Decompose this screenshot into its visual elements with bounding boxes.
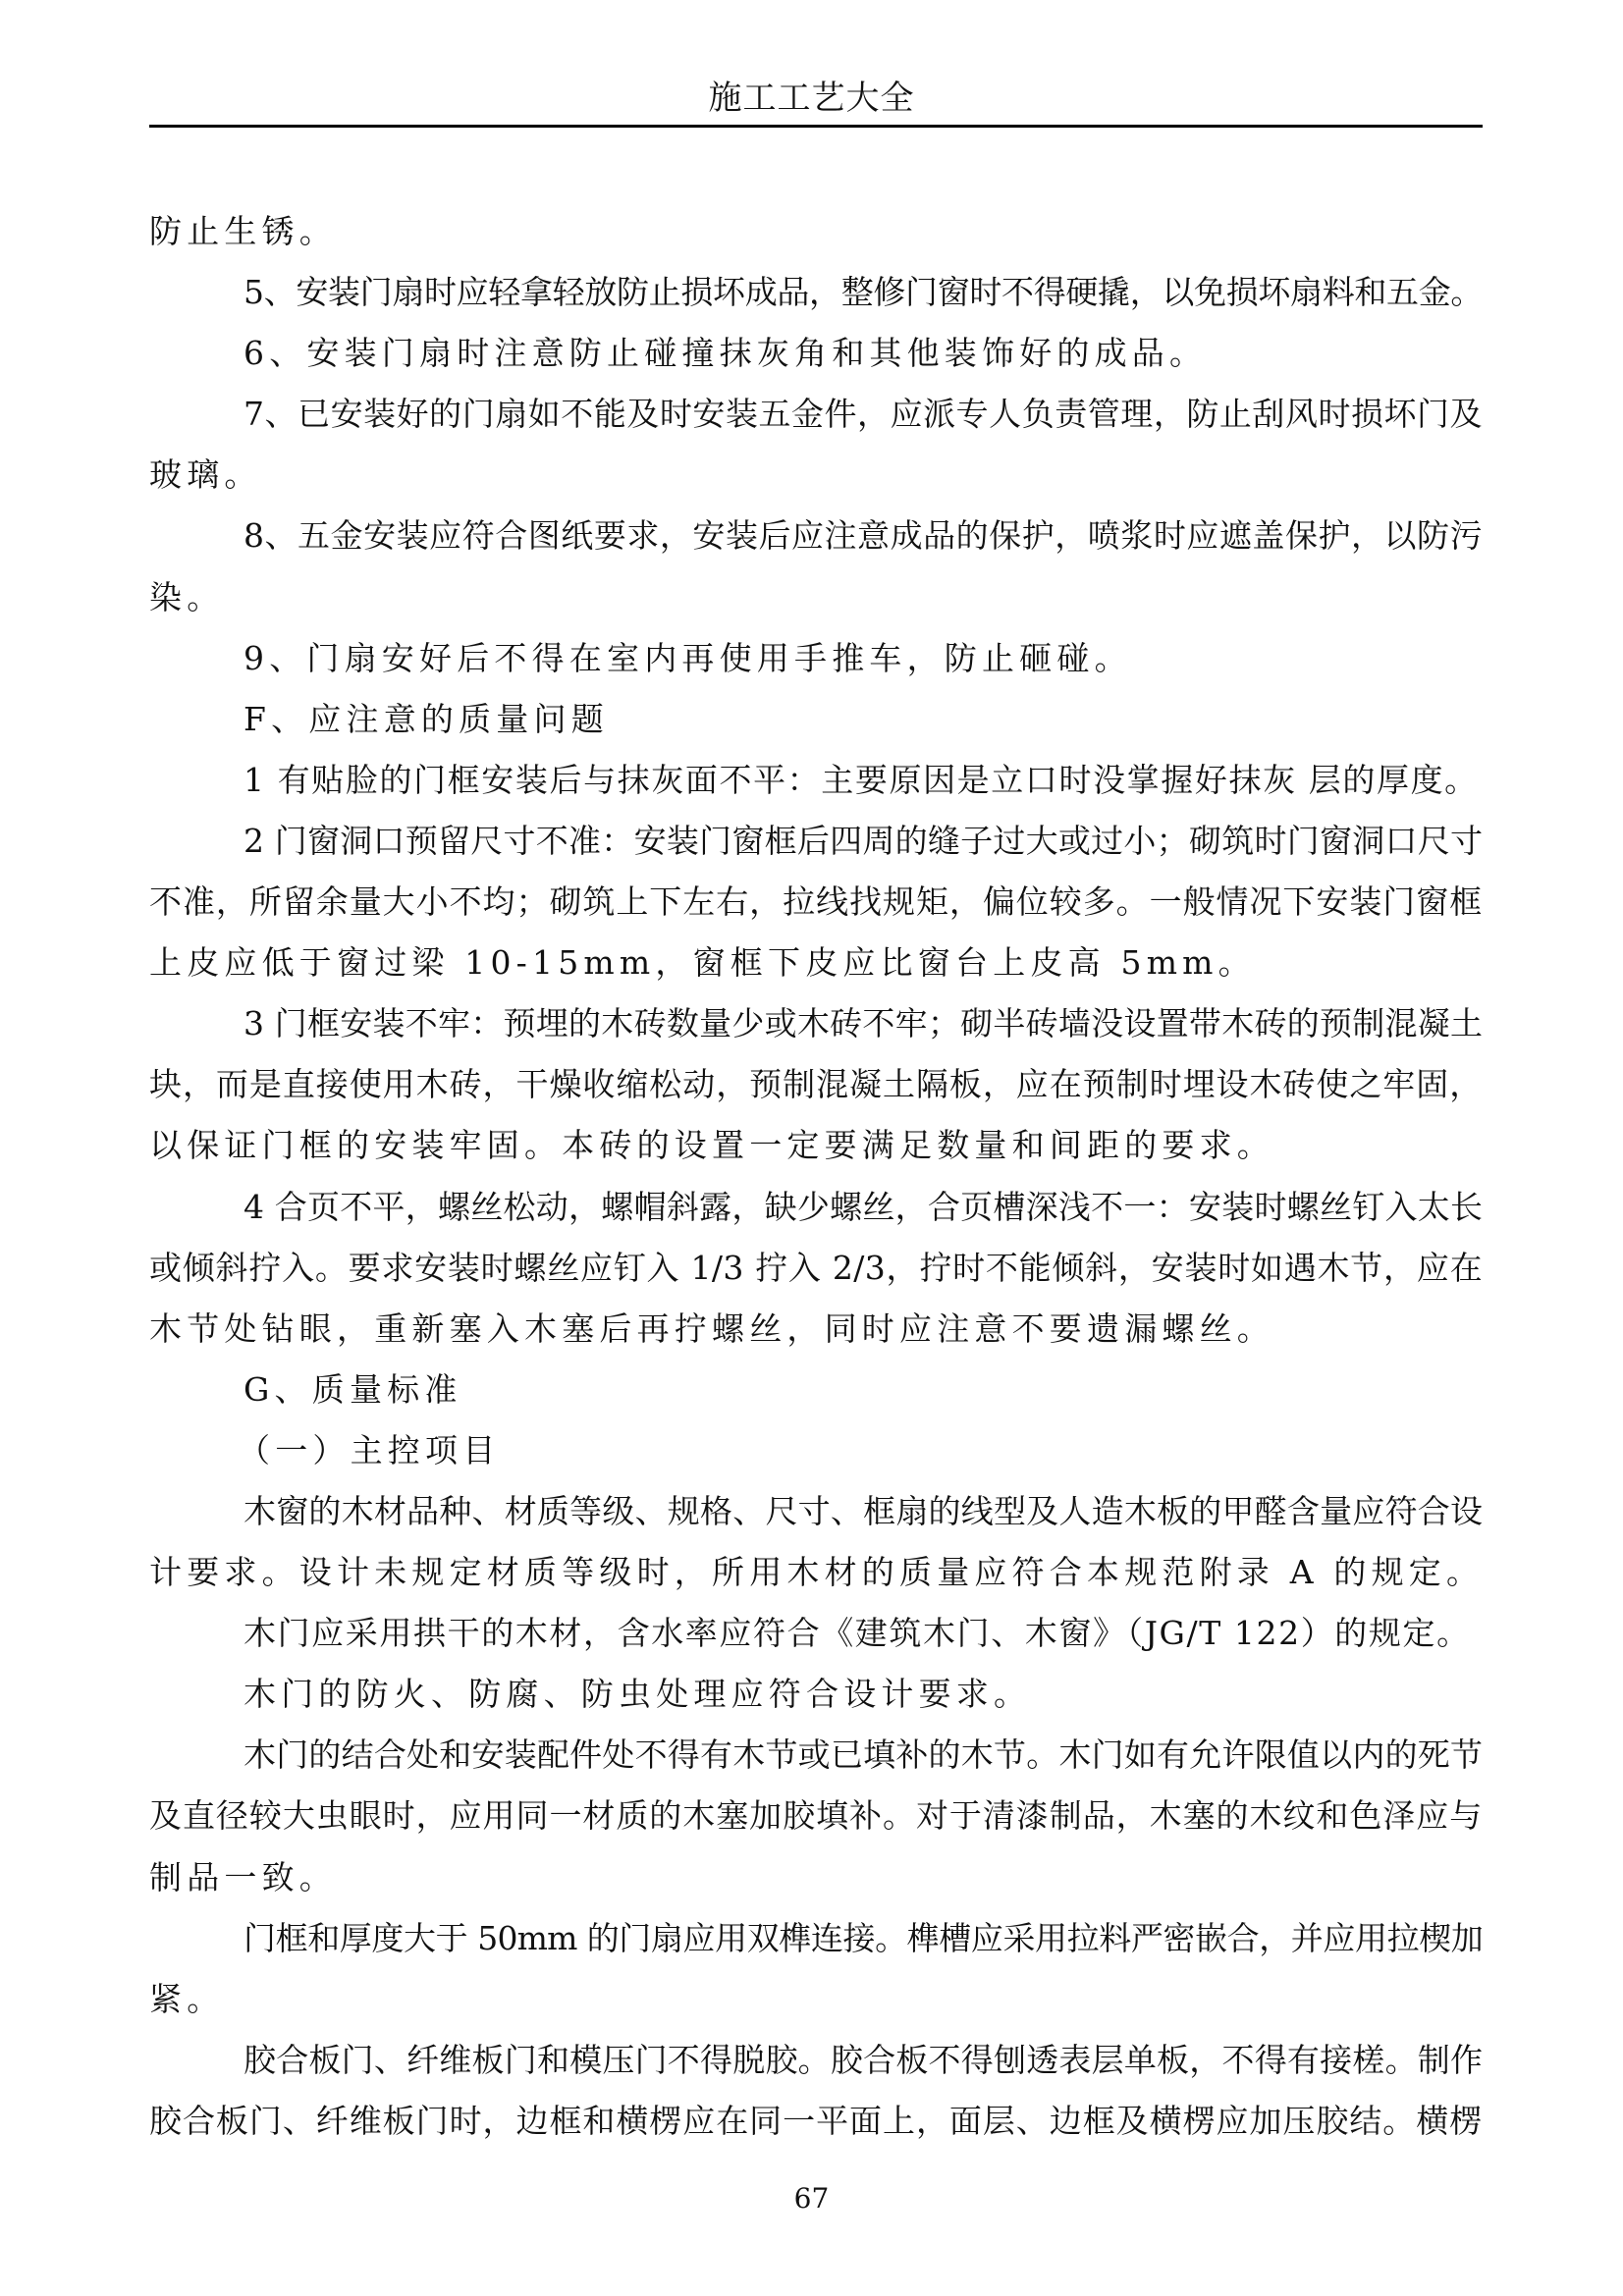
text-line: G、质量标准 [149, 1360, 1483, 1420]
text-line: 1 有贴脸的门框安装后与抹灰面不平：主要原因是立口时没掌握好抹灰 层的厚度。 [149, 750, 1483, 811]
text-line: 6、安装门扇时注意防止碰撞抹灰角和其他装饰好的成品。 [149, 323, 1483, 384]
text-line: 块，而是直接使用木砖，干燥收缩松动，预制混凝土隔板，应在预制时埋设木砖使之牢固， [149, 1054, 1483, 1115]
text-line: （一）主控项目 [149, 1420, 1483, 1481]
text-line: 及直径较大虫眼时，应用同一材质的木塞加胶填补。对于清漆制品，木塞的木纹和色泽应与 [149, 1786, 1483, 1846]
text-line: 胶合板门、纤维板门和模压门不得脱胶。胶合板不得刨透表层单板，不得有接槎。制作 [149, 2030, 1483, 2091]
text-line: 2 门窗洞口预留尺寸不准：安装门窗框后四周的缝子过大或过小；砌筑时门窗洞口尺寸 [149, 811, 1483, 872]
body-text: 防止生锈。5、安装门扇时应轻拿轻放防止损坏成品，整修门窗时不得硬撬，以免损坏扇料… [149, 201, 1483, 2152]
text-line: 胶合板门、纤维板门时，边框和横楞应在同一平面上，面层、边框及横楞应加压胶结。横楞 [149, 2091, 1483, 2152]
text-line: 或倾斜拧入。要求安装时螺丝应钉入 1/3 拧入 2/3，拧时不能倾斜，安装时如遇… [149, 1238, 1483, 1299]
text-line: 玻璃。 [149, 445, 1483, 506]
text-line: 防止生锈。 [149, 201, 1483, 262]
text-line: 9、门扇安好后不得在室内再使用手推车，防止砸碰。 [149, 628, 1483, 689]
text-line: 木窗的木材品种、材质等级、规格、尺寸、框扇的线型及人造木板的甲醛含量应符合设 [149, 1481, 1483, 1542]
text-line: 木门的防火、防腐、防虫处理应符合设计要求。 [149, 1664, 1483, 1725]
text-line: 4 合页不平，螺丝松动，螺帽斜露，缺少螺丝，合页槽深浅不一：安装时螺丝钉入太长 [149, 1177, 1483, 1238]
text-line: 制品一致。 [149, 1847, 1483, 1908]
text-line: 门框和厚度大于 50mm 的门扇应用双榫连接。榫槽应采用拉料严密嵌合，并应用拉楔… [149, 1908, 1483, 1969]
text-line: 计要求。设计未规定材质等级时，所用木材的质量应符合本规范附录 A 的规定。 [149, 1542, 1483, 1603]
text-line: 染。 [149, 567, 1483, 628]
text-line: 8、五金安装应符合图纸要求，安装后应注意成品的保护，喷浆时应遮盖保护，以防污 [149, 506, 1483, 566]
text-line: 3 门框安装不牢：预埋的木砖数量少或木砖不牢；砌半砖墙没设置带木砖的预制混凝土 [149, 993, 1483, 1054]
text-line: 以保证门框的安装牢固。本砖的设置一定要满足数量和间距的要求。 [149, 1115, 1483, 1176]
page-number: 67 [0, 2181, 1623, 2216]
text-line: 紧。 [149, 1969, 1483, 2030]
text-line: 木门的结合处和安装配件处不得有木节或已填补的木节。木门如有允许限值以内的死节 [149, 1725, 1483, 1786]
text-line: 木门应采用拱干的木材，含水率应符合《建筑木门、木窗》（JG/T 122）的规定。 [149, 1603, 1483, 1664]
text-line: 上皮应低于窗过梁 10-15mm，窗框下皮应比窗台上皮高 5mm。 [149, 933, 1483, 993]
text-line: 不准，所留余量大小不均；砌筑上下左右，拉线找规矩，偏位较多。一般情况下安装门窗框 [149, 872, 1483, 933]
text-line: F、应注意的质量问题 [149, 689, 1483, 750]
header-divider [149, 125, 1483, 128]
text-line: 5、安装门扇时应轻拿轻放防止损坏成品，整修门窗时不得硬撬，以免损坏扇料和五金。 [149, 262, 1483, 323]
text-line: 木节处钻眼，重新塞入木塞后再拧螺丝，同时应注意不要遗漏螺丝。 [149, 1299, 1483, 1360]
header-title: 施工工艺大全 [0, 77, 1623, 120]
text-line: 7、已安装好的门扇如不能及时安装五金件，应派专人负责管理，防止刮风时损坏门及 [149, 384, 1483, 445]
